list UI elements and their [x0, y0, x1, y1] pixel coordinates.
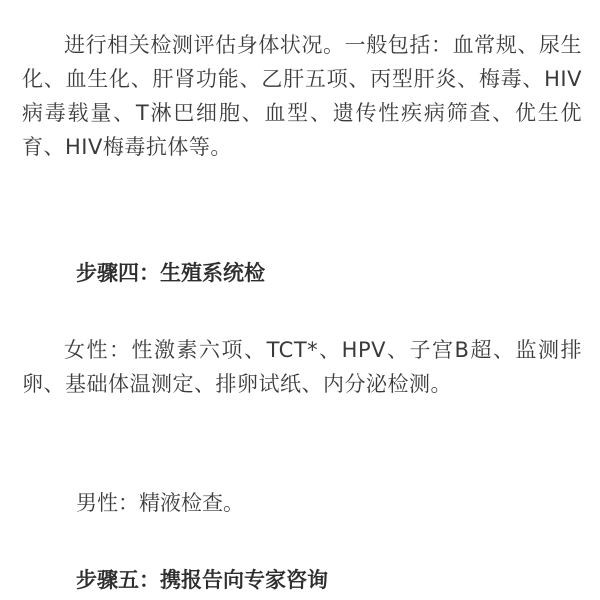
- document-page: 进行相关检测评估身体状况。一般包括：血常规、尿生化、血生化、肝肾功能、乙肝五项、…: [0, 0, 600, 600]
- step-5-heading: 步骤五：携报告向专家咨询: [76, 563, 328, 597]
- male-tests-paragraph: 男性：精液检查。: [76, 486, 244, 520]
- step-4-heading: 步骤四：生殖系统检: [76, 256, 265, 290]
- body-paragraph-tests: 进行相关检测评估身体状况。一般包括：血常规、尿生化、血生化、肝肾功能、乙肝五项、…: [22, 28, 582, 164]
- female-tests-paragraph: 女性：性激素六项、TCT*、HPV、子宫B超、监测排卵、基础体温测定、排卵试纸、…: [22, 333, 582, 401]
